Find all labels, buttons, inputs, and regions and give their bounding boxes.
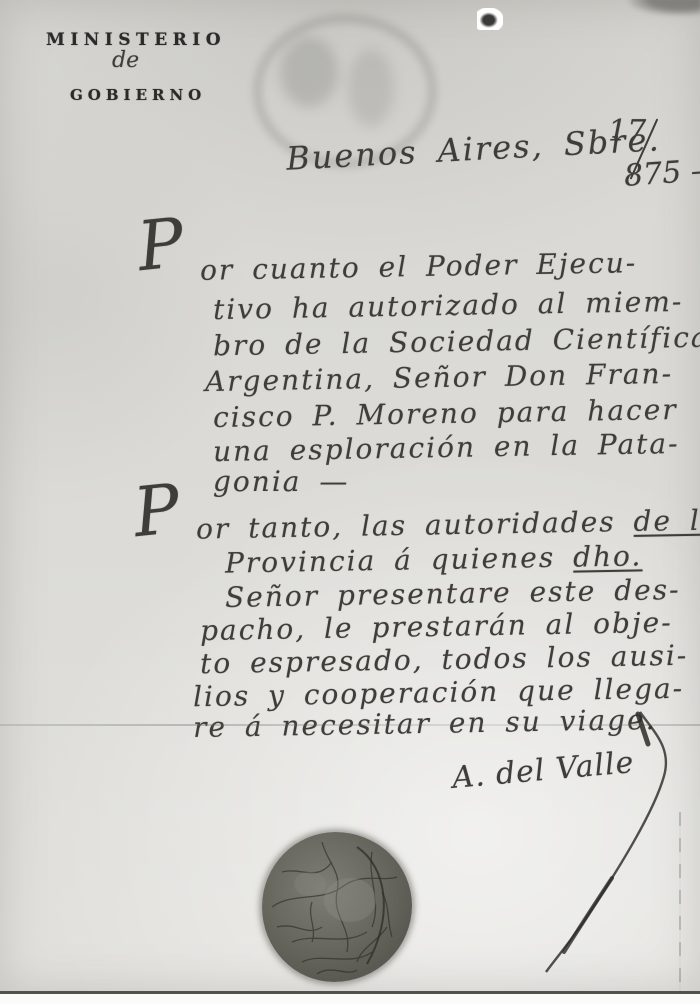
document-photo: MINISTERIO de GOBIERNO Buenos Aires, Sbr…: [0, 0, 700, 1004]
para1-drop-cap: P: [135, 210, 188, 282]
letterhead-de: de: [112, 48, 139, 73]
dateline-year: 875 –: [623, 153, 700, 194]
para1-line: gonia —: [213, 465, 349, 498]
paper-hole: [477, 8, 503, 30]
para2-drop-cap: P: [131, 476, 184, 548]
corner-smudge: [628, 0, 700, 16]
para2-underlined-text: de la: [633, 503, 700, 537]
letterhead-government: GOBIERNO: [70, 86, 206, 104]
signature-flourish: [500, 700, 700, 1000]
ink-stamp-blob: [348, 49, 394, 127]
dateline-day: 17: [608, 114, 646, 149]
para2-line-text: Provincia á quienes: [225, 541, 574, 580]
ink-stamp-blob: [280, 37, 338, 107]
wax-seal-cracks: [262, 832, 412, 982]
letterhead-ministry: MINISTERIO: [46, 30, 226, 50]
photo-border-line: [0, 991, 700, 994]
para2-underlined-text: dho.: [573, 539, 643, 573]
wax-seal-icon: [262, 832, 412, 982]
